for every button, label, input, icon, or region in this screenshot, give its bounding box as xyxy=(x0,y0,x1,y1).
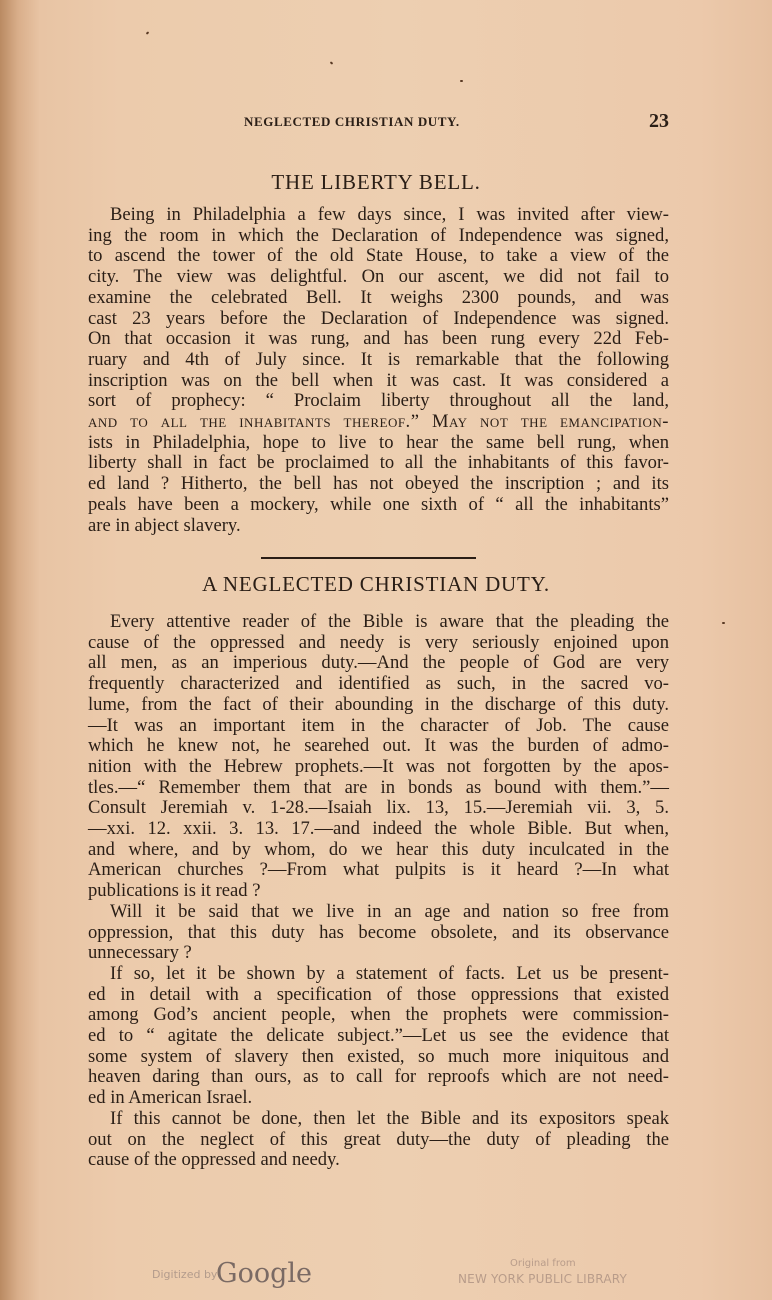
text-line: inscription was on the bell when it was … xyxy=(88,371,669,392)
text-line: and where, and by whom, do we hear this … xyxy=(88,840,669,861)
text-line: to ascend the tower of the old State Hou… xyxy=(88,246,669,267)
text-line: some system of slavery then existed, so … xyxy=(88,1047,669,1068)
running-head: NEGLECTED CHRISTIAN DUTY. 23 xyxy=(244,110,669,132)
text-line: ed to “ agitate the delicate subject.”—L… xyxy=(88,1026,669,1047)
google-logo: Google xyxy=(216,1258,312,1289)
text-line: If this cannot be done, then let the Bib… xyxy=(88,1109,669,1130)
text-line: among God’s ancient people, when the pro… xyxy=(88,1005,669,1026)
text-line: American churches ?—From what pulpits is… xyxy=(88,860,669,881)
paper-speck xyxy=(330,61,334,64)
text-line: publications is it read ? xyxy=(88,881,669,902)
text-line-inscription: and to all the inhabitants thereof.” May… xyxy=(88,412,669,433)
text-line: If so, let it be shown by a statement of… xyxy=(88,964,669,985)
text-line: cause of the oppressed and needy. xyxy=(88,1150,669,1171)
library-name: NEW YORK PUBLIC LIBRARY xyxy=(458,1272,627,1286)
page-number: 23 xyxy=(649,110,669,133)
text-line: unnecessary ? xyxy=(88,943,669,964)
text-line: ists in Philadelphia, hope to live to he… xyxy=(88,433,669,454)
text-line: lume, from the fact of their abounding i… xyxy=(88,695,669,716)
text-line: tles.—“ Remember them that are in bonds … xyxy=(88,778,669,799)
text-line: Being in Philadelphia a few days since, … xyxy=(88,205,669,226)
text-line: heaven daring than ours, as to call for … xyxy=(88,1067,669,1088)
article-body-neglected-duty: Every attentive reader of the Bible is a… xyxy=(88,612,669,1171)
text-line: —xxi. 12. xxii. 3. 13. 17.—and indeed th… xyxy=(88,819,669,840)
text-line: frequently characterized and identified … xyxy=(88,674,669,695)
text-line: ed in detail with a specification of tho… xyxy=(88,985,669,1006)
article-title-liberty-bell: THE LIBERTY BELL. xyxy=(0,170,762,195)
digitization-footer: Digitized by Google Original from NEW YO… xyxy=(0,1258,772,1288)
text-line: ruary and 4th of July since. It is remar… xyxy=(88,350,669,371)
text-line: Consult Jeremiah v. 1-28.—Isaiah lix. 13… xyxy=(88,798,669,819)
article-body-liberty-bell: Being in Philadelphia a few days since, … xyxy=(88,205,669,536)
text-line: peals have been a mockery, while one six… xyxy=(88,495,669,516)
text-line: —It was an important item in the charact… xyxy=(88,716,669,737)
text-line: cause of the oppressed and needy is very… xyxy=(88,633,669,654)
text-line: are in abject slavery. xyxy=(88,516,669,537)
text-line: all men, as an imperious duty.—And the p… xyxy=(88,653,669,674)
text-line: Every attentive reader of the Bible is a… xyxy=(88,612,669,633)
text-line: out on the neglect of this great duty—th… xyxy=(88,1130,669,1151)
text-line: cast 23 years before the Declaration of … xyxy=(88,309,669,330)
text-line: examine the celebrated Bell. It weighs 2… xyxy=(88,288,669,309)
running-title: NEGLECTED CHRISTIAN DUTY. xyxy=(244,114,460,130)
text-line: which he knew not, he searehed out. It w… xyxy=(88,736,669,757)
digitized-by-label: Digitized by xyxy=(152,1268,217,1281)
text-line: ing the room in which the Declaration of… xyxy=(88,226,669,247)
paper-speck xyxy=(722,622,725,624)
article-title-neglected-duty: A NEGLECTED CHRISTIAN DUTY. xyxy=(0,572,762,597)
paper-speck xyxy=(460,80,463,82)
section-divider xyxy=(261,557,476,559)
text-line: liberty shall in fact be proclaimed to a… xyxy=(88,453,669,474)
text-line: oppression, that this duty has become ob… xyxy=(88,923,669,944)
original-from-label: Original from xyxy=(510,1258,576,1269)
text-line-inscription: sort of prophecy: “ Proclaim liberty thr… xyxy=(88,391,669,412)
text-line: On that occasion it was rung, and has be… xyxy=(88,329,669,350)
text-line: city. The view was delightful. On our as… xyxy=(88,267,669,288)
text-line: ed in American Israel. xyxy=(88,1088,669,1109)
text-line: ed land ? Hitherto, the bell has not obe… xyxy=(88,474,669,495)
book-page: NEGLECTED CHRISTIAN DUTY. 23 THE LIBERTY… xyxy=(0,0,772,1300)
text-line: Will it be said that we live in an age a… xyxy=(88,902,669,923)
text-line: nition with the Hebrew prophets.—It was … xyxy=(88,757,669,778)
paper-speck xyxy=(146,31,150,34)
